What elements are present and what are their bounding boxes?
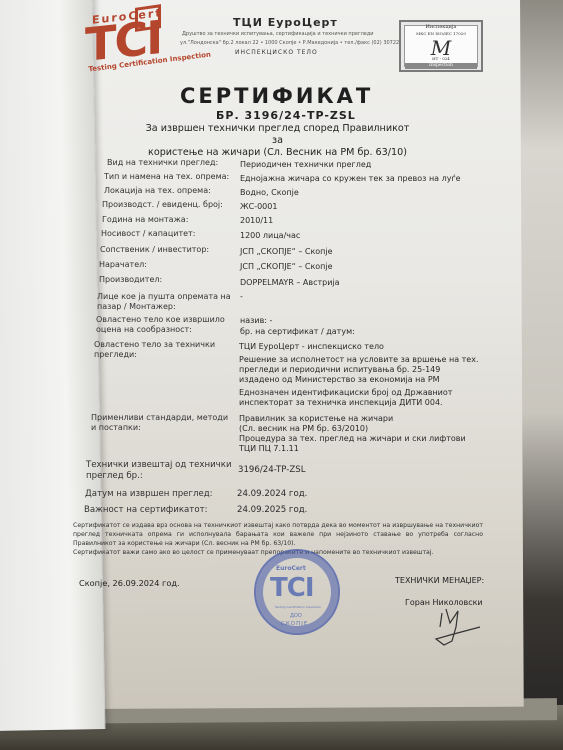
value-line: прегледи и периодични испитувања бр. 25-… — [239, 365, 479, 375]
stamp-subtitle: Testing Certification Inspection — [275, 605, 321, 609]
field-label: Производител: — [99, 275, 162, 285]
value-line: (Сл. весник на РМ бр. 63/2010) — [239, 424, 466, 434]
place-date: Скопје, 26.09.2024 год. — [79, 578, 180, 588]
field-label: Година на монтажа: — [102, 215, 188, 225]
label-line: и постапки: — [91, 423, 228, 433]
standards-label: Применливи стандарди, методи и постапки: — [91, 413, 228, 433]
field-value: ЈСП „СКОПЈЕ“ – Скопје — [240, 247, 333, 257]
field-label: Производст. / евиденц. број: — [102, 200, 223, 210]
note-paragraph: Сертификатот се издава врз основа на тех… — [73, 521, 483, 548]
field-value: ЈСП „СКОПЈЕ“ – Скопје — [240, 262, 333, 272]
company-description: Друштво за технички испитувања, сертифик… — [182, 31, 374, 37]
field-label: Вид на технички преглед: — [107, 158, 218, 168]
stamp-doo: ДОО — [290, 613, 302, 619]
certificate-intro: За извршен технички преглед според Прави… — [145, 123, 410, 159]
conformity-label: Овластено тело кое извршило оцена на соо… — [96, 315, 225, 335]
label-line: Лице кое ја пушта опремата на — [97, 292, 231, 302]
value-line: Правилник за користење на жичари — [239, 414, 466, 424]
accreditation-mark: Инспекција МКС EN ISO/IEC 17020 M ИТ - 0… — [399, 20, 483, 72]
company-address: ул."Лондонска" бр.2 локал 22 • 1000 Скоп… — [180, 40, 406, 46]
label-line: преглед бр.: — [86, 471, 232, 482]
label-line: оцена на сообразност: — [96, 325, 225, 335]
value-line: ТЦИ ЕуроЦерт - инспекциско тело — [239, 342, 479, 352]
stamp-city: СКОПЈЕ — [281, 621, 308, 627]
standards-value: Правилник за користење на жичари (Сл. ве… — [239, 414, 466, 454]
stamp-eurocert: EuroCert — [276, 565, 306, 572]
value-line: издадено од Министерство за економија на… — [239, 375, 479, 385]
market-value: - — [240, 292, 243, 302]
label-line: Технички извештај од технички — [86, 460, 232, 471]
market-label: Лице кое ја пушта опремата на пазар / Мо… — [97, 292, 231, 312]
label-line: Овластено тело за технички — [94, 340, 215, 350]
manager-title: ТЕХНИЧКИ МЕНАЏЕР: — [395, 576, 484, 585]
certificate-number: БР. 3196/24-TP-ZSL — [216, 109, 356, 122]
field-value: DOPPELMAYR – Австрија — [240, 278, 340, 288]
accreditation-bottom: Inspection — [405, 63, 477, 69]
field-label: Локација на тех. опрема: — [104, 186, 211, 196]
certificate-title: СЕРТИФИКАТ — [180, 84, 373, 108]
field-label: Нарачател: — [99, 260, 147, 270]
label-line: Овластено тело кое извршило — [96, 315, 225, 325]
field-value: Периодичен технички преглед — [240, 160, 371, 170]
label-line: прегледи: — [94, 350, 215, 360]
company-name: ТЦИ ЕуроЦерт — [233, 16, 338, 29]
field-value: 1200 лица/час — [240, 231, 300, 241]
field-label: Носивост / капацитет: — [101, 229, 195, 239]
report-number: 3196/24-TP-ZSL — [238, 465, 306, 475]
field-value: Еднојажна жичара со кружен тек за превоз… — [240, 174, 461, 184]
authorized-label: Овластено тело за технички прегледи: — [94, 340, 215, 360]
value-line: инспекторат за техничка инспекција ДИТИ … — [239, 398, 479, 408]
intro-line: За извршен технички преглед според Прави… — [145, 123, 410, 147]
certificate-content: EuroCert TCI Testing Certification Inspe… — [0, 0, 563, 750]
value-line: ТЦИ ПЦ 7.1.11 — [239, 444, 466, 454]
field-value: 2010/11 — [240, 216, 273, 226]
value-line: Процедура за тех. преглед на жичари и ск… — [239, 434, 466, 444]
value-line: бр. на сертификат / датум: — [240, 327, 355, 337]
certificate-note: Сертификатот се издава врз основа на тех… — [73, 521, 483, 557]
label-line: Применливи стандарди, методи — [91, 413, 228, 423]
validity-label: Важност на сертификатот: — [84, 505, 207, 515]
field-label: Сопственик / инвеститор: — [100, 245, 209, 255]
value-line: Еднозначен идентификациски број од Држав… — [239, 388, 479, 398]
inspection-date-label: Датум на извршен преглед: — [85, 489, 213, 499]
label-line: пазар / Монтажер: — [97, 302, 231, 312]
signature-icon — [430, 605, 490, 655]
conformity-value: назив: - бр. на сертификат / датум: — [240, 316, 355, 337]
value-line: Решение за исполнетост на условите за вр… — [239, 355, 479, 365]
report-label: Технички извештај од технички преглед бр… — [86, 460, 232, 482]
value-line: назив: - — [240, 316, 355, 326]
body-type: ИНСПЕКЦИСКО ТЕЛО — [235, 49, 318, 56]
accreditation-number: ИТ - 024 — [401, 56, 481, 61]
inspection-date-value: 24.09.2024 год. — [237, 489, 307, 499]
stamp-logo: TCI — [270, 573, 314, 603]
validity-value: 24.09.2025 год. — [237, 505, 307, 515]
field-value: Водно, Скопје — [240, 188, 299, 198]
authorized-value: ТЦИ ЕуроЦерт - инспекциско тело Решение … — [239, 342, 479, 408]
field-label: Тип и намена на тех. опрема: — [104, 172, 229, 182]
official-stamp: EuroCert TCI Testing Certification Inspe… — [254, 549, 340, 635]
accreditation-top: Инспекција — [401, 24, 481, 30]
field-value: ЖС-0001 — [240, 202, 277, 212]
